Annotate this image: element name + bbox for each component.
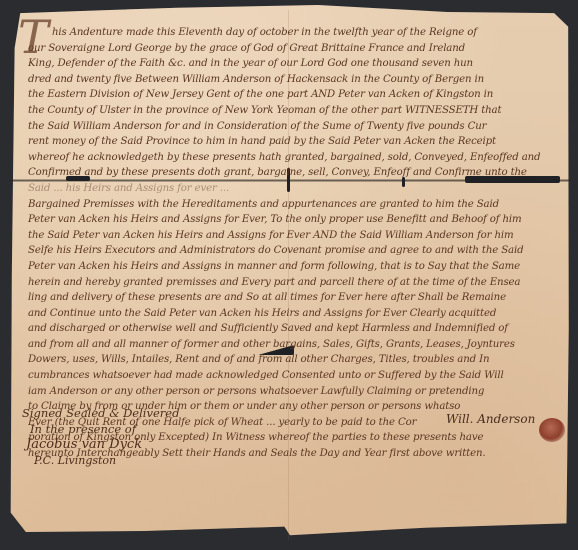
attestation-block: Signed Sealed & Delivered In the presenc… bbox=[22, 405, 179, 469]
body-line: our Soveraigne Lord George by the grace … bbox=[28, 41, 560, 57]
indenture-body: his Andenture made this Eleventh day of … bbox=[28, 25, 560, 462]
body-line: Selfe his Heirs Executors and Administra… bbox=[28, 243, 560, 259]
body-line: and discharged or otherwise well and Suf… bbox=[28, 321, 560, 337]
attestation-line: Signed Sealed & Delivered bbox=[22, 405, 179, 421]
body-line: Peter van Acken his Heirs and Assigns in… bbox=[28, 259, 560, 275]
body-line: Peter van Acken his Heirs and Assigns fo… bbox=[28, 212, 560, 228]
document-scan: T his Andenture made this Eleventh day o… bbox=[0, 0, 578, 550]
witness-signature: Jacobus van Dyck bbox=[22, 437, 179, 453]
body-line: and Continue unto the Said Peter van Ack… bbox=[28, 306, 560, 322]
body-line: his Andenture made this Eleventh day of … bbox=[28, 25, 560, 41]
body-line: the County of Ulster in the province of … bbox=[28, 103, 560, 119]
body-line: herein and hereby granted premisses and … bbox=[28, 275, 560, 291]
body-line: iam Anderson or any other person or pers… bbox=[28, 384, 560, 400]
body-line: ling and delivery of these presents are … bbox=[28, 290, 560, 306]
body-line: and from all and all manner of former an… bbox=[28, 337, 560, 353]
body-line: Bargained Premisses with the Hereditamen… bbox=[28, 197, 560, 213]
witness-signature: P.C. Livingston bbox=[22, 453, 179, 469]
body-line: rent money of the Said Province to him i… bbox=[28, 134, 560, 150]
body-line: the Eastern Division of New Jersey Gent … bbox=[28, 87, 560, 103]
body-line: King, Defender of the Faith &c. and in t… bbox=[28, 56, 560, 72]
body-line: dred and twenty five Between William And… bbox=[28, 72, 560, 88]
body-line: cumbrances whatsoever had made acknowled… bbox=[28, 368, 560, 384]
body-line: Said ... his Heirs and Assigns for ever … bbox=[28, 181, 560, 197]
body-line: Confirmed and by these presents doth gra… bbox=[28, 165, 560, 181]
body-line: Dowers, uses, Wills, Intailes, Rent and … bbox=[28, 352, 560, 368]
wax-seal-icon bbox=[539, 418, 565, 442]
body-line: whereof he acknowledgeth by these presen… bbox=[28, 150, 560, 166]
body-line: the Said Peter van Acken his Heirs and A… bbox=[28, 228, 560, 244]
body-line: the Said William Anderson for and in Con… bbox=[28, 119, 560, 135]
attestation-line: In the presence of bbox=[22, 421, 179, 437]
grantor-signature: Will. Anderson bbox=[446, 412, 535, 426]
